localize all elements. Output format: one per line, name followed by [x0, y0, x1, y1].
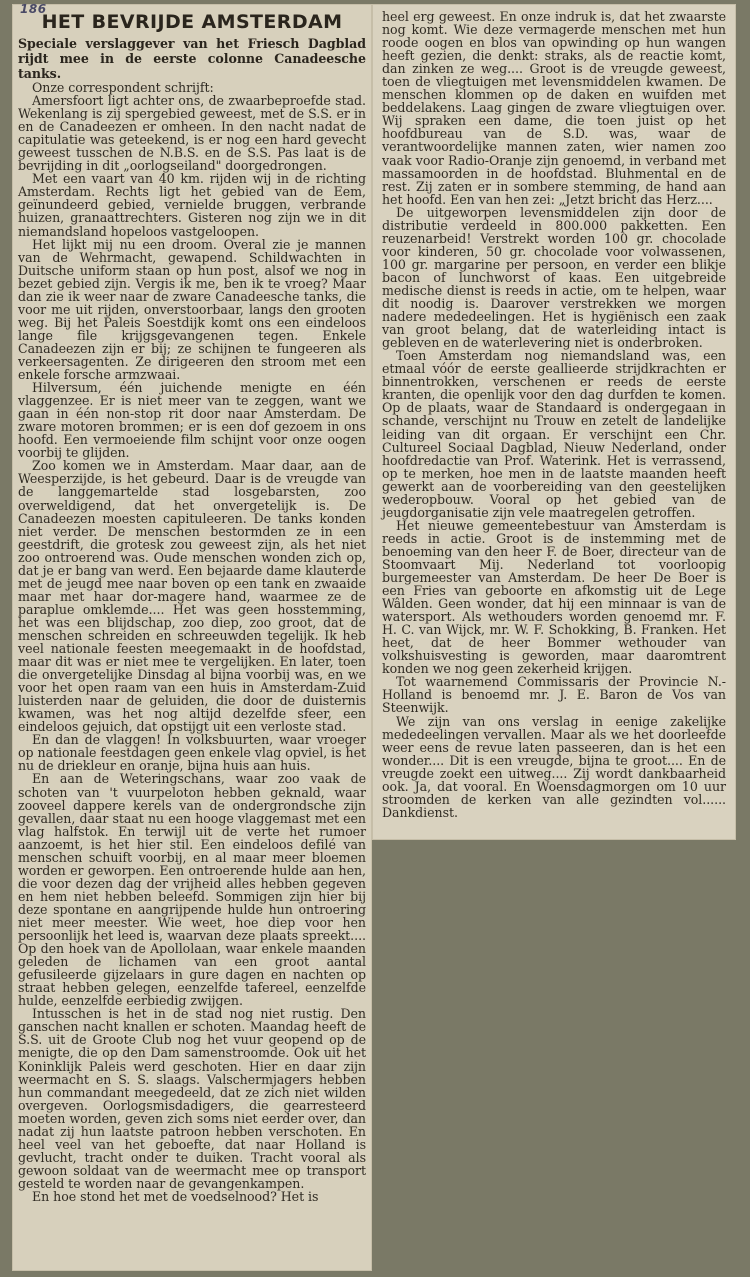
paragraph: En aan de Weteringschans, waar zoo vaak …	[18, 772, 366, 1007]
left-clipping: 186 HET BEVRIJDE AMSTERDAM Speciale vers…	[12, 4, 372, 1271]
paragraph: Met een vaart van 40 km. rijden wij in d…	[18, 172, 366, 237]
paragraph: Zoo komen we in Amsterdam. Maar daar, aa…	[18, 459, 366, 733]
paragraph: Het lijkt mij nu een droom. Overal zie j…	[18, 238, 366, 382]
subheadline-line: rijdt mee in de eerste colonne Canadeesc…	[18, 51, 366, 81]
subheadline-line: Speciale verslaggever van het Friesch Da…	[18, 36, 366, 51]
paragraph: Tot waarnemend Commissaris der Provincie…	[382, 675, 726, 714]
right-column: heel erg geweest. En onze indruk is, dat…	[382, 10, 726, 819]
paragraph: We zijn van ons verslag in eenige zakeli…	[382, 715, 726, 819]
right-clipping: heel erg geweest. En onze indruk is, dat…	[372, 4, 736, 840]
headline: HET BEVRIJDE AMSTERDAM	[18, 10, 366, 34]
paragraph: Het nieuwe gemeentebestuur van Amsterdam…	[382, 519, 726, 676]
paragraph: Toen Amsterdam nog niemandsland was, een…	[382, 349, 726, 519]
paragraph: Hilversum, één juichende menigte en één …	[18, 381, 366, 459]
subheadline: Speciale verslaggever van het Friesch Da…	[18, 36, 366, 81]
paragraph: En dan de vlaggen! In volksbuurten, waar…	[18, 733, 366, 772]
paragraph: Intusschen is het in de stad nog niet ru…	[18, 1007, 366, 1190]
left-column: HET BEVRIJDE AMSTERDAM Speciale verslagg…	[18, 8, 366, 1203]
paragraph: En hoe stond het met de voedselnood? Het…	[18, 1190, 366, 1203]
paragraph: heel erg geweest. En onze indruk is, dat…	[382, 10, 726, 206]
paragraph: De uitgeworpen levensmiddelen zijn door …	[382, 206, 726, 350]
paragraph: Amersfoort ligt achter ons, de zwaarbepr…	[18, 94, 366, 172]
